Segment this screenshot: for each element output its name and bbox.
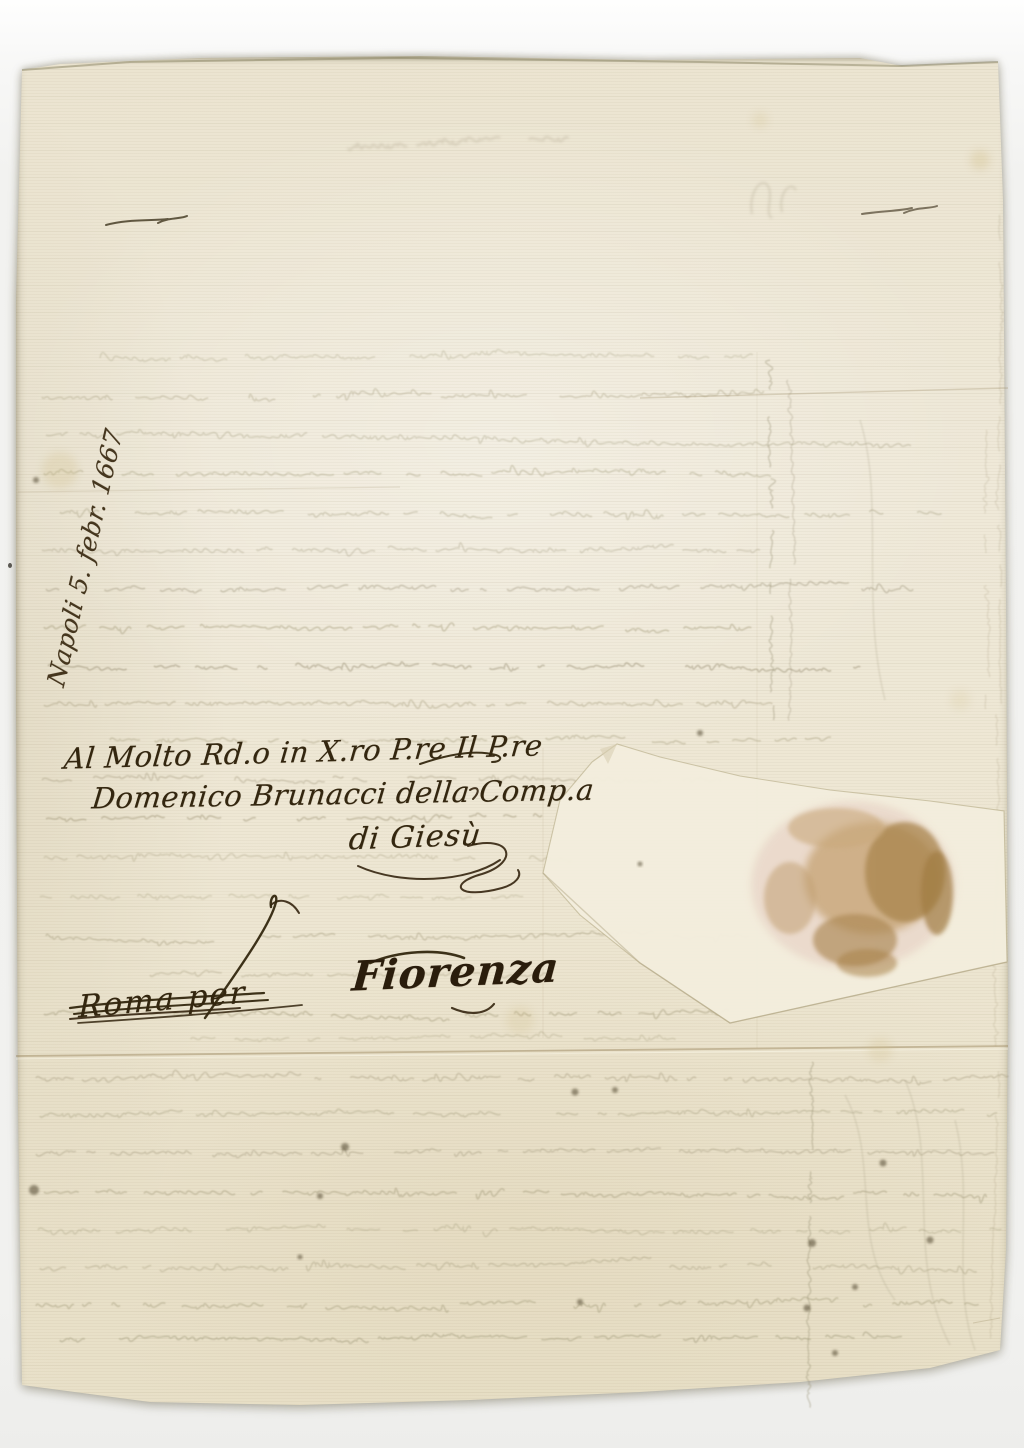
paper-shadow-wrap: [0, 0, 1024, 1448]
destination-city: Fiorenza: [350, 943, 561, 1000]
address-line-3: di Giesù: [347, 818, 483, 858]
dust-speck: [8, 563, 12, 568]
scanned-letter-page: Napoli 5. febr. 1667 Al Molto Rd.o in X.…: [0, 0, 1024, 1448]
